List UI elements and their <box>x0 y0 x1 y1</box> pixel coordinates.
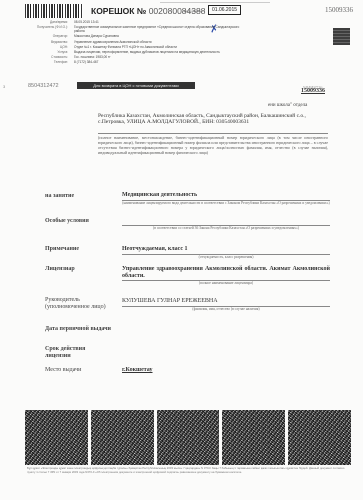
top-right-number: 15009336 <box>325 6 353 14</box>
field-hint-activity: (наименование лицензируемого вида деятел… <box>122 201 330 206</box>
licensee-address: Республика Казахстан, Акмолинская област… <box>98 113 328 126</box>
stub-title-label: КОРЕШОК № <box>91 6 146 16</box>
security-pattern-block <box>288 410 351 465</box>
stub-row: Услуга:Выдача лицензии, переоформление, … <box>30 50 240 54</box>
stub-row: Телефон:8 (7172) 384-467 <box>30 60 240 64</box>
stub-date-box: 01.06.2015 <box>208 5 241 15</box>
side-number: 3 <box>3 84 5 89</box>
field-hint-note: (отчуждаемость, класс разрешения) <box>122 255 330 260</box>
security-pattern-block <box>25 410 88 465</box>
return-notice-bar: Для возврата в ЦОН с готовыми документам… <box>77 82 195 89</box>
stub-row: Стоимость:Гос. пошлина: 1983,00 тг <box>30 55 240 59</box>
field-label-place-of-issue: Место выдачи <box>45 367 81 374</box>
stub-row-key: Услуга: <box>30 50 74 54</box>
field-label-special-conditions: Особые условия <box>45 218 89 225</box>
field-hint-licensor: (полное наименование лицензиара) <box>122 281 330 286</box>
stub-row-key: Телефон: <box>30 60 74 64</box>
stub-row-key: ЦОН: <box>30 45 74 49</box>
stub-row-value: 8 (7172) 384-467 <box>74 60 240 64</box>
stub-row-value: Управление здравоохранения Акмолинской о… <box>74 40 240 44</box>
stub-date-label: Дата выдачи <box>184 9 202 13</box>
barcode-icon <box>25 4 83 18</box>
stub-row-value: 08.05.2015 13:41 <box>74 20 240 24</box>
field-value-note: Неотчуждаемая, класс 1 <box>122 246 330 253</box>
qr-code-icon <box>333 28 350 45</box>
stub-row-key: Дата/время: <box>30 20 74 24</box>
field-value-place-of-issue: г.Кокшетау <box>122 367 330 374</box>
stub-details: Дата/время:08.05.2015 13:41 Получатель (… <box>30 20 240 66</box>
stub-row: Оператор:Максотова Динара Сурановна <box>30 34 240 38</box>
field-label-activity: на занятие <box>45 193 74 200</box>
field-value-licensor: Управление здравоохранения Акмолинской о… <box>122 266 330 279</box>
organization-suffix: ени школа" отдела <box>268 103 307 108</box>
security-pattern-row <box>25 410 351 465</box>
field-label-head: Руководитель (уполномоченное лицо) <box>45 297 120 311</box>
field-hint-head: (фамилия, имя, отчество (в случае наличи… <box>122 307 330 312</box>
stub-row-value: Отдел №1 г. Кокшетау Филиала РГП «ЦОН» п… <box>74 45 240 49</box>
stub-row-key: Ведомство: <box>30 40 74 44</box>
legal-footer: Бұл құжат «Электронды құжат және электро… <box>27 467 347 474</box>
field-value-activity: Медицинская деятельность <box>122 192 330 199</box>
field-label-licensor: Лицензиар <box>45 266 75 273</box>
document-number: 15009336 <box>301 88 325 94</box>
security-pattern-block <box>91 410 154 465</box>
field-hint-special-conditions: (в соответствии со статьей 36 Закона Рес… <box>122 226 330 231</box>
licensee-address-note: (полное наименование, местонахождение, б… <box>98 133 328 155</box>
field-value-head: КУЛУШЕВА ГУЛНАР ЕРЕЖЕЕВНА <box>122 298 330 305</box>
field-label-first-issue-date: Дата первичной выдачи <box>45 326 111 333</box>
stub-row: ЦОН:Отдел №1 г. Кокшетау Филиала РГП «ЦО… <box>30 45 240 49</box>
stub-row-key: Стоимость: <box>30 55 74 59</box>
security-pattern-block <box>157 410 220 465</box>
stub-row: Получатель (Ф.И.О.):Государственное комм… <box>30 25 240 33</box>
scan-artifact-line <box>160 2 270 3</box>
side-code: 8504312472 <box>28 83 59 89</box>
stub-row-value: Гос. пошлина: 1983,00 тг <box>74 55 240 59</box>
stub-row-value: Выдача лицензии, переоформление, выдача … <box>74 50 240 54</box>
stub-row: Дата/время:08.05.2015 13:41 <box>30 20 240 24</box>
security-pattern-block <box>222 410 285 465</box>
field-label-note: Примечание <box>45 246 79 253</box>
stub-row-key: Получатель (Ф.И.О.): <box>30 25 74 33</box>
field-label-validity: Срок действия лицензии <box>45 346 105 360</box>
stub-row-value: Максотова Динара Сурановна <box>74 34 240 38</box>
stub-row: Ведомство:Управление здравоохранения Акм… <box>30 40 240 44</box>
stub-row-key: Оператор: <box>30 34 74 38</box>
stub-row-value: Государственное коммунальное казенное пр… <box>74 25 240 33</box>
